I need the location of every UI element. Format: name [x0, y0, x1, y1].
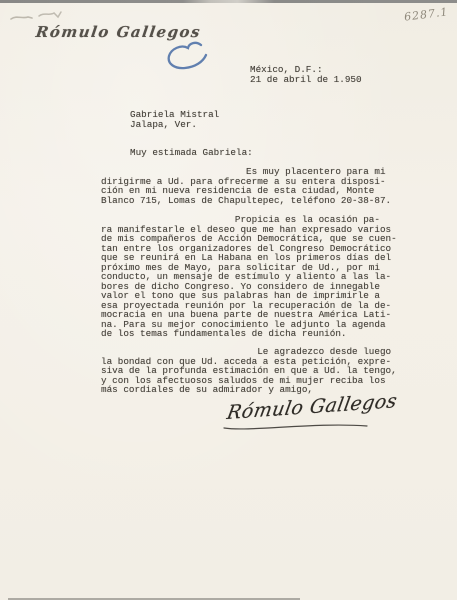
- pencil-scribble-mark: [8, 8, 70, 24]
- scanned-letter-page: Rómulo Gallegos 6287.1 México, D.F.: 21 …: [0, 0, 457, 600]
- blue-c-mark: [164, 41, 212, 73]
- letterhead-name: Rómulo Gallegos: [35, 23, 203, 41]
- archive-number: 6287.1: [403, 5, 449, 23]
- dateline: México, D.F.: 21 de abril de 1.950: [250, 65, 362, 84]
- recipient-address: Gabriela Mistral Jalapa, Ver.: [130, 110, 219, 129]
- salutation: Muy estimada Gabriela:: [130, 148, 253, 158]
- scan-edge-top: [0, 0, 457, 3]
- paragraph-1: Es muy placentero para mi dirigirme a Ud…: [101, 167, 391, 205]
- paragraph-3: Le agradezco desde luego la bondad con q…: [101, 347, 397, 395]
- signature-underline-flourish: [222, 419, 370, 433]
- paragraph-2: Propicia es la ocasión pa- ra manifestar…: [101, 215, 397, 339]
